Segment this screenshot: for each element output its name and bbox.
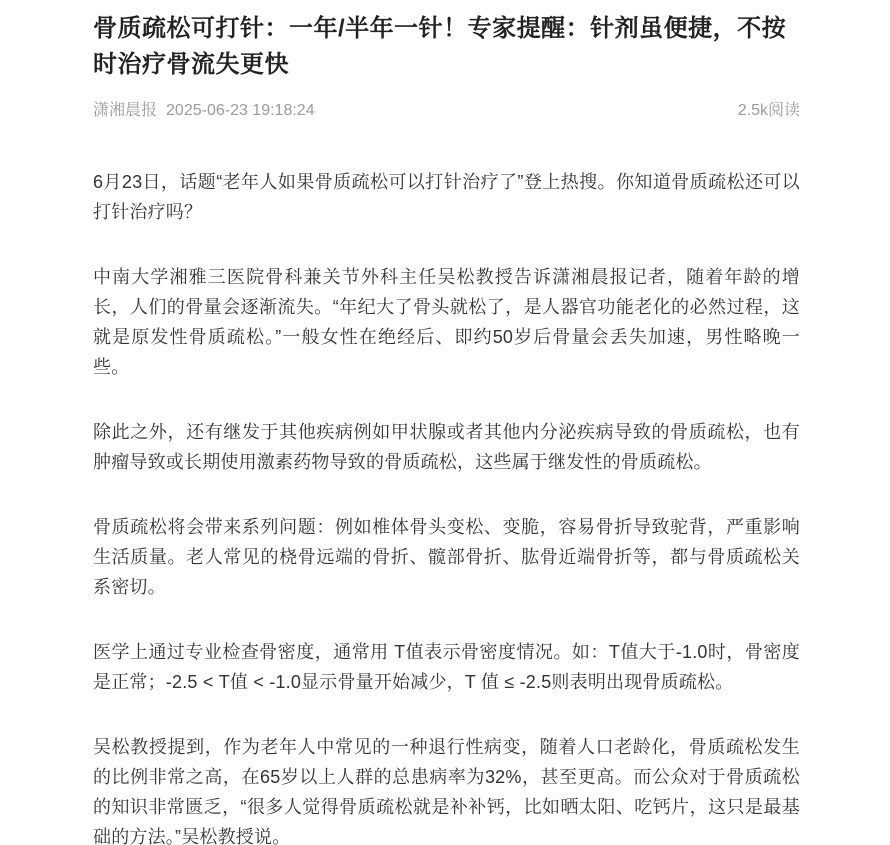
article-publish-time: 2025-06-23 19:18:24 (166, 100, 315, 122)
article-title: 骨质疏松可打针：一年/半年一针！专家提醒：针剂虽便捷，不按时治疗骨流失更快 (93, 11, 800, 83)
article-meta: 潇湘晨报 2025-06-23 19:18:24 2.5k阅读 (93, 100, 800, 122)
article-meta-left: 潇湘晨报 2025-06-23 19:18:24 (93, 100, 315, 122)
article-paragraph-2: 中南大学湘雅三医院骨科兼关节外科主任吴松教授告诉潇湘晨报记者，随着年龄的增长，人… (93, 262, 800, 382)
article-source: 潇湘晨报 (93, 100, 157, 122)
article-paragraph-5: 医学上通过专业检查骨密度，通常用 T值表示骨密度情况。如：T值大于-1.0时，骨… (93, 637, 800, 697)
article-paragraph-3: 除此之外，还有继发于其他疾病例如甲状腺或者其他内分泌疾病导致的骨质疏松，也有肿瘤… (93, 417, 800, 477)
article-paragraph-6: 吴松教授提到，作为老年人中常见的一种退行性病变，随着人口老龄化，骨质疏松发生的比… (93, 732, 800, 845)
article-read-count: 2.5k阅读 (738, 100, 800, 122)
article-body: 6月23日，话题“老年人如果骨质疏松可以打针治疗了”登上热搜。你知道骨质疏松还可… (93, 167, 800, 845)
article-paragraph-4: 骨质疏松将会带来系列问题：例如椎体骨头变松、变脆，容易骨折导致驼背，严重影响生活… (93, 512, 800, 602)
article-page: 骨质疏松可打针：一年/半年一针！专家提醒：针剂虽便捷，不按时治疗骨流失更快 潇湘… (0, 0, 890, 845)
article-paragraph-1: 6月23日，话题“老年人如果骨质疏松可以打针治疗了”登上热搜。你知道骨质疏松还可… (93, 167, 800, 227)
article-content: 骨质疏松可打针：一年/半年一针！专家提醒：针剂虽便捷，不按时治疗骨流失更快 潇湘… (93, 0, 800, 845)
